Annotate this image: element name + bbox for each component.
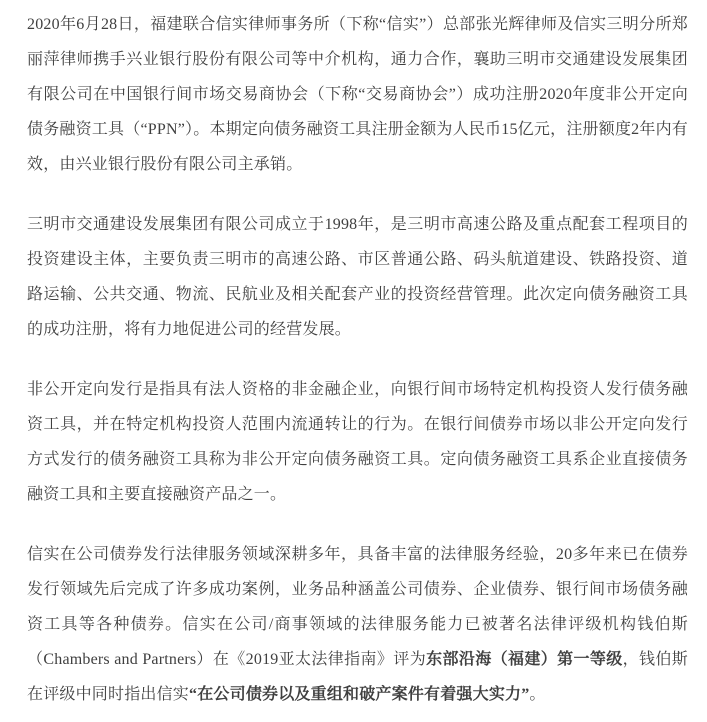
paragraph-registration-news: 2020年6月28日，福建联合信实律师事务所（下称“信实”）总部张光辉律师及信实… [27,7,688,182]
paragraph-firm-credentials-bold-quote: “在公司债券以及重组和破产案件有着强大实力” [189,686,529,703]
paragraph-firm-credentials-run-5: 。 [529,686,545,703]
paragraph-company-intro: 三明市交通建设发展集团有限公司成立于1998年，是三明市高速公路及重点配套工程项… [27,207,688,347]
paragraph-ppn-definition-text: 非公开定向发行是指具有法人资格的非金融企业，向银行间市场特定机构投资人发行债务融… [27,381,688,503]
paragraph-registration-news-text: 2020年6月28日，福建联合信实律师事务所（下称“信实”）总部张光辉律师及信实… [27,16,688,173]
paragraph-firm-credentials: 信实在公司债券发行法律服务领域深耕多年，具备丰富的法律服务经验，20多年来已在债… [27,537,688,712]
paragraph-firm-credentials-bold-ranking: 东部沿海（福建）第一等级 [426,651,623,668]
article-body: 2020年6月28日，福建联合信实律师事务所（下称“信实”）总部张光辉律师及信实… [0,0,707,712]
paragraph-ppn-definition: 非公开定向发行是指具有法人资格的非金融企业，向银行间市场特定机构投资人发行债务融… [27,372,688,512]
paragraph-firm-credentials-run-1: 信实在公司债券发行法律服务领域深耕多年，具备丰富的法律服务经验，20多年来已在债… [27,546,688,668]
paragraph-company-intro-text: 三明市交通建设发展集团有限公司成立于1998年，是三明市高速公路及重点配套工程项… [27,216,688,338]
